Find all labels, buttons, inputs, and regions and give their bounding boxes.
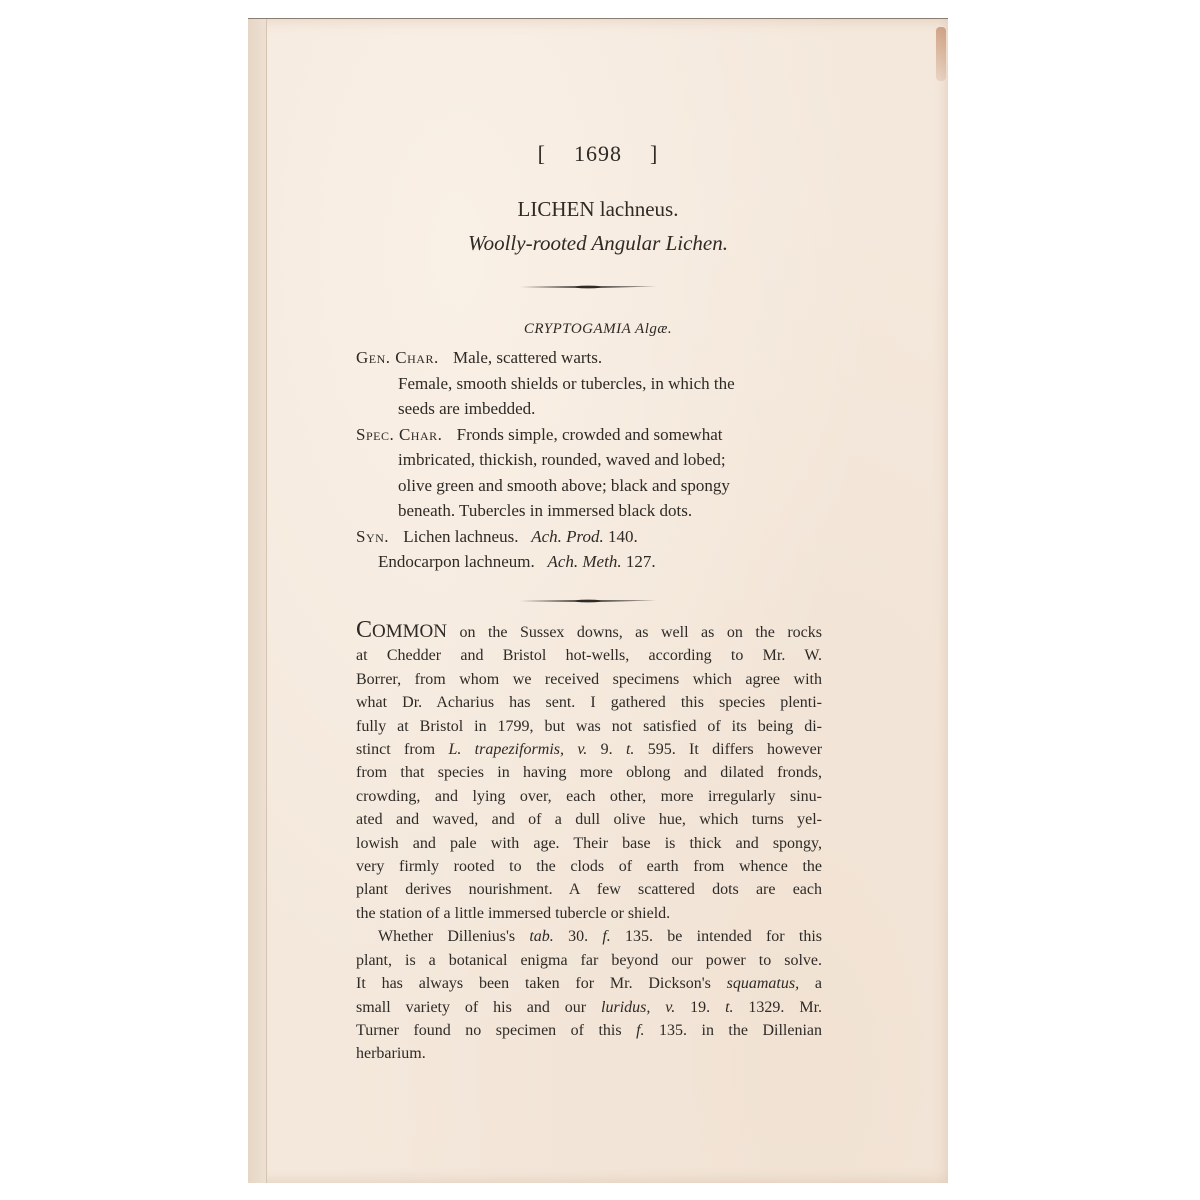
common-name: Woolly-rooted Angular Lichen. bbox=[248, 231, 948, 256]
ornamental-rule bbox=[520, 599, 656, 603]
gen-char-label: Gen. Char. bbox=[356, 348, 439, 367]
page-gutter bbox=[248, 19, 267, 1183]
edge-stain bbox=[936, 27, 946, 81]
description-text: COMMON on the Sussex downs, as well as o… bbox=[356, 619, 822, 1066]
synonym-row: Endocarpon lachneum. Ach. Meth. 127. bbox=[356, 549, 826, 575]
second-paragraph: Whether Dillenius's tab. 30. f. 135. be … bbox=[356, 925, 822, 948]
spec-char-label: Spec. Char. bbox=[356, 425, 442, 444]
syn-label: Syn. bbox=[356, 527, 389, 546]
synonym-row: Syn. Lichen lachneus. Ach. Prod. 140. bbox=[356, 524, 826, 550]
spec-char-row: Spec. Char. Fronds simple, crowded and s… bbox=[356, 422, 826, 448]
book-page: [1698] LICHEN lachneus. Woolly-rooted An… bbox=[248, 18, 948, 1183]
gen-char-row: Gen. Char. Male, scattered warts. bbox=[356, 345, 826, 371]
characters-section: Gen. Char. Male, scattered warts. Female… bbox=[356, 345, 826, 575]
species-title: LICHEN lachneus. bbox=[248, 197, 948, 222]
page-number: [1698] bbox=[248, 141, 948, 167]
drop-cap: C bbox=[356, 617, 372, 643]
page-number-value: 1698 bbox=[574, 141, 622, 166]
classification: CRYPTOGAMIA Algæ. bbox=[248, 321, 948, 338]
ornamental-rule bbox=[520, 285, 656, 289]
